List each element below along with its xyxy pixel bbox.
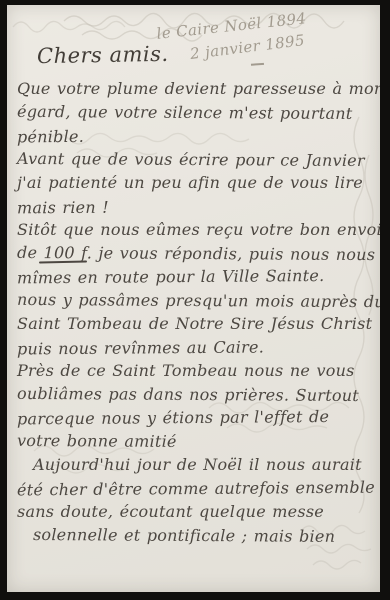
salutation: Chers amis. (37, 42, 169, 68)
letter-line: votre bonne amitié (17, 428, 373, 454)
bleed-through-ghost-writing (11, 13, 131, 43)
letter-line: Près de ce Saint Tombeau nous ne vous (17, 359, 373, 383)
letter-line: sans doute, écoutant quelque messe (17, 500, 373, 524)
letter-line: nous y passâmes presqu'un mois auprès du (17, 287, 373, 313)
letter-line: puis nous revînmes au Caire. (17, 334, 373, 360)
letter-line: égard, que votre silence m'est pourtant (17, 99, 373, 125)
letter-line: solennelle et pontificale ; mais bien (17, 522, 373, 548)
letter-line: Avant que de vous écrire pour ce Janvier (17, 146, 373, 172)
letter-line: Saint Tombeau de Notre Sire Jésus Christ (17, 312, 373, 336)
letter-line: Aujourd'hui jour de Noël il nous aurait (17, 453, 373, 477)
letter-body: Que votre plume devient paresseuse à mon… (17, 77, 373, 547)
scan-black-border: le Caire Noël 1894 2 janvier 1895 Chers … (0, 0, 390, 600)
dateline: le Caire Noël 1894 2 janvier 1895 (156, 12, 309, 62)
letter-line: oubliâmes pas dans nos prières. Surtout (17, 381, 373, 407)
dateline-dash (251, 63, 264, 66)
letter-line: Sitôt que nous eûmes reçu votre bon envo… (17, 218, 373, 242)
letter-page: le Caire Noël 1894 2 janvier 1895 Chers … (7, 5, 380, 592)
letter-line: mais rien ! (17, 193, 373, 219)
letter-line: parceque nous y étions par l'effet de (17, 405, 373, 431)
letter-line: été cher d'être comme autrefois ensemble (17, 475, 373, 501)
letter-line: j'ai patienté un peu afin que de vous li… (17, 171, 373, 195)
letter-line: Que votre plume devient paresseuse à mon (17, 77, 373, 101)
letter-line: pénible. (17, 123, 373, 149)
letter-line: mîmes en route pour la Ville Sainte. (17, 264, 373, 290)
